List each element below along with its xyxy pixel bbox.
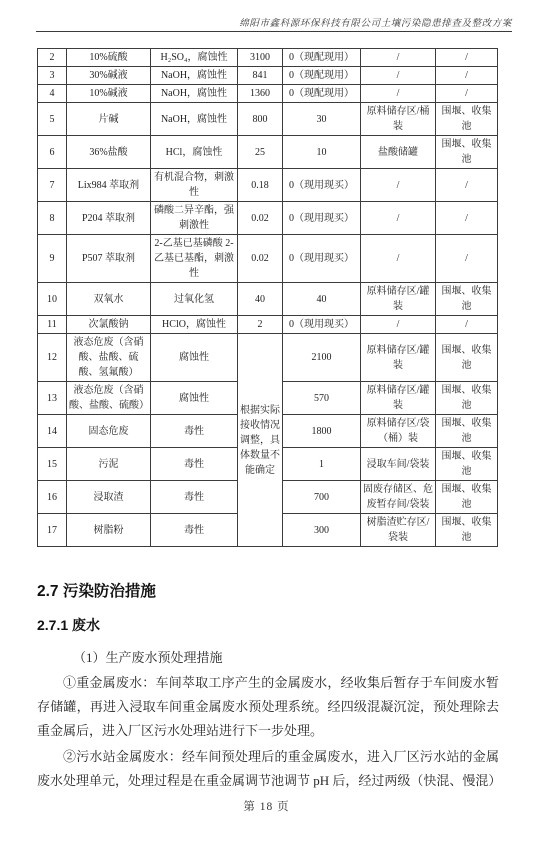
cell-qty2: 1 (283, 448, 361, 481)
cell-storage: / (361, 202, 436, 235)
cell-qty2: 0（现配现用） (283, 49, 361, 67)
document-page: 绵阳市鑫科源环保科技有限公司土壤污染隐患排查及整改方案 210%硫酸H₂SO₄，… (0, 0, 533, 846)
table-row: 11次氯酸钠HClO，腐蚀性20（现用现买）// (38, 316, 498, 334)
table-row: 7Lix984 萃取剂有机混合物，刺激性0.180（现用现买）// (38, 169, 498, 202)
cell-storage: 原料储存区/袋（桶）装 (361, 415, 436, 448)
cell-qty2: 700 (283, 481, 361, 514)
paragraph-sewage-station-wastewater: ②污水站金属废水：经车间预处理后的重金属废水，进入厂区污水站的金属废水处理单元，… (37, 745, 499, 793)
cell-property: NaOH，腐蚀性 (151, 103, 238, 136)
cell-measure: / (436, 67, 498, 85)
cell-storage: / (361, 67, 436, 85)
cell-measure: 围堰、收集池 (436, 136, 498, 169)
table-row: 5片碱NaOH，腐蚀性80030原料储存区/桶装围堰、收集池 (38, 103, 498, 136)
cell-measure: / (436, 316, 498, 334)
cell-qty2: 0（现用现买） (283, 169, 361, 202)
cell-property: 2-乙基已基磷酸 2-乙基已基酯，刺激性 (151, 235, 238, 283)
cell-measure: 围堰、收集池 (436, 514, 498, 547)
paragraph-intro: （1）生产废水预处理措施 (37, 647, 499, 669)
cell-measure: / (436, 235, 498, 283)
cell-storage: 固废存储区、危废暂存间/袋装 (361, 481, 436, 514)
cell-no: 15 (38, 448, 67, 481)
cell-storage: / (361, 316, 436, 334)
cell-property: HCl，腐蚀性 (151, 136, 238, 169)
cell-no: 11 (38, 316, 67, 334)
cell-no: 5 (38, 103, 67, 136)
cell-name: 36%盐酸 (67, 136, 151, 169)
cell-storage: / (361, 85, 436, 103)
cell-qty1: 1360 (238, 85, 283, 103)
section-heading-2-7-1: 2.7.1 废水 (37, 615, 499, 635)
content-block: 2.7 污染防治措施 2.7.1 废水 （1）生产废水预处理措施 ①重金属废水：… (37, 578, 499, 793)
cell-name: 污泥 (67, 448, 151, 481)
cell-storage: / (361, 169, 436, 202)
cell-name: P204 萃取剂 (67, 202, 151, 235)
cell-qty2: 0（现配现用） (283, 85, 361, 103)
cell-measure: / (436, 49, 498, 67)
cell-storage: 原料储存区/罐装 (361, 382, 436, 415)
cell-measure: 围堰、收集池 (436, 283, 498, 316)
cell-property: 毒性 (151, 415, 238, 448)
cell-property: 过氧化氢 (151, 283, 238, 316)
cell-measure: 围堰、收集池 (436, 481, 498, 514)
cell-no: 3 (38, 67, 67, 85)
cell-no: 6 (38, 136, 67, 169)
cell-property: 腐蚀性 (151, 334, 238, 382)
cell-qty2: 0（现用现买） (283, 235, 361, 283)
paragraph-heavy-metal-wastewater: ①重金属废水：车间萃取工序产生的金属废水，经收集后暂存于车间废水暂存储罐，再进入… (37, 671, 499, 743)
cell-qty2: 40 (283, 283, 361, 316)
cell-storage: / (361, 49, 436, 67)
cell-qty2: 570 (283, 382, 361, 415)
cell-qty1: 0.02 (238, 235, 283, 283)
cell-storage: 原料储存区/罐装 (361, 283, 436, 316)
cell-qty1: 841 (238, 67, 283, 85)
cell-qty2: 0（现用现买） (283, 316, 361, 334)
cell-measure: 围堰、收集池 (436, 334, 498, 382)
cell-qty2: 1800 (283, 415, 361, 448)
header-rule (36, 31, 512, 32)
cell-property: 毒性 (151, 514, 238, 547)
cell-qty1: 800 (238, 103, 283, 136)
cell-no: 12 (38, 334, 67, 382)
table-row: 636%盐酸HCl，腐蚀性2510盐酸储罐围堰、收集池 (38, 136, 498, 169)
cell-storage: 树脂渣贮存区/袋装 (361, 514, 436, 547)
cell-property: HClO，腐蚀性 (151, 316, 238, 334)
table-row: 12液态危废（含硝酸、盐酸、硫酸、氢氟酸）腐蚀性根据实际接收情况调整，具体数量不… (38, 334, 498, 382)
cell-qty2: 300 (283, 514, 361, 547)
cell-measure: 围堰、收集池 (436, 382, 498, 415)
table-row: 330%碱液NaOH，腐蚀性8410（现配现用）// (38, 67, 498, 85)
cell-storage: / (361, 235, 436, 283)
cell-name: 10%碱液 (67, 85, 151, 103)
cell-property: 磷酸二异辛酯，强刺激性 (151, 202, 238, 235)
page-number: 第 18 页 (0, 798, 533, 814)
cell-name: 固态危废 (67, 415, 151, 448)
cell-no: 9 (38, 235, 67, 283)
cell-qty1: 3100 (238, 49, 283, 67)
cell-no: 8 (38, 202, 67, 235)
cell-no: 13 (38, 382, 67, 415)
cell-no: 10 (38, 283, 67, 316)
cell-qty1: 40 (238, 283, 283, 316)
cell-name: 片碱 (67, 103, 151, 136)
cell-property: 有机混合物，刺激性 (151, 169, 238, 202)
cell-name: 30%碱液 (67, 67, 151, 85)
cell-quantity-note: 根据实际接收情况调整，具体数量不能确定 (238, 334, 283, 547)
cell-property: 毒性 (151, 481, 238, 514)
cell-qty1: 0.18 (238, 169, 283, 202)
cell-storage: 盐酸储罐 (361, 136, 436, 169)
cell-storage: 浸取车间/袋装 (361, 448, 436, 481)
cell-no: 17 (38, 514, 67, 547)
cell-qty2: 2100 (283, 334, 361, 382)
cell-measure: 围堰、收集池 (436, 448, 498, 481)
cell-property: NaOH，腐蚀性 (151, 85, 238, 103)
cell-name: 浸取渣 (67, 481, 151, 514)
cell-no: 7 (38, 169, 67, 202)
chemicals-table-body: 210%硫酸H₂SO₄，腐蚀性31000（现配现用）//330%碱液NaOH，腐… (38, 49, 498, 547)
cell-name: 液态危废（含硝酸、盐酸、硫酸） (67, 382, 151, 415)
page-header-title: 绵阳市鑫科源环保科技有限公司土壤污染隐患排查及整改方案 (239, 15, 512, 29)
chemicals-table: 210%硫酸H₂SO₄，腐蚀性31000（现配现用）//330%碱液NaOH，腐… (37, 48, 498, 547)
cell-name: 次氯酸钠 (67, 316, 151, 334)
cell-name: P507 萃取剂 (67, 235, 151, 283)
cell-storage: 原料储存区/桶装 (361, 103, 436, 136)
cell-qty2: 0（现配现用） (283, 67, 361, 85)
cell-name: 液态危废（含硝酸、盐酸、硫酸、氢氟酸） (67, 334, 151, 382)
table-row: 210%硫酸H₂SO₄，腐蚀性31000（现配现用）// (38, 49, 498, 67)
cell-qty1: 25 (238, 136, 283, 169)
section-heading-2-7: 2.7 污染防治措施 (37, 581, 499, 602)
cell-name: 树脂粉 (67, 514, 151, 547)
cell-measure: 围堰、收集池 (436, 415, 498, 448)
cell-name: Lix984 萃取剂 (67, 169, 151, 202)
cell-storage: 原料储存区/罐装 (361, 334, 436, 382)
table-row: 10双氧水过氧化氢4040原料储存区/罐装围堰、收集池 (38, 283, 498, 316)
cell-measure: / (436, 202, 498, 235)
cell-qty1: 2 (238, 316, 283, 334)
cell-qty2: 0（现用现买） (283, 202, 361, 235)
cell-qty1: 0.02 (238, 202, 283, 235)
cell-qty2: 10 (283, 136, 361, 169)
cell-property: 毒性 (151, 448, 238, 481)
cell-qty2: 30 (283, 103, 361, 136)
cell-measure: / (436, 169, 498, 202)
cell-no: 2 (38, 49, 67, 67)
cell-no: 16 (38, 481, 67, 514)
cell-measure: / (436, 85, 498, 103)
table-row: 8P204 萃取剂磷酸二异辛酯，强刺激性0.020（现用现买）// (38, 202, 498, 235)
cell-property: 腐蚀性 (151, 382, 238, 415)
cell-property: H₂SO₄，腐蚀性 (151, 49, 238, 67)
cell-measure: 围堰、收集池 (436, 103, 498, 136)
cell-no: 4 (38, 85, 67, 103)
cell-property: NaOH，腐蚀性 (151, 67, 238, 85)
cell-no: 14 (38, 415, 67, 448)
table-row: 410%碱液NaOH，腐蚀性13600（现配现用）// (38, 85, 498, 103)
cell-name: 10%硫酸 (67, 49, 151, 67)
cell-name: 双氧水 (67, 283, 151, 316)
table-row: 9P507 萃取剂2-乙基已基磷酸 2-乙基已基酯，刺激性0.020（现用现买）… (38, 235, 498, 283)
